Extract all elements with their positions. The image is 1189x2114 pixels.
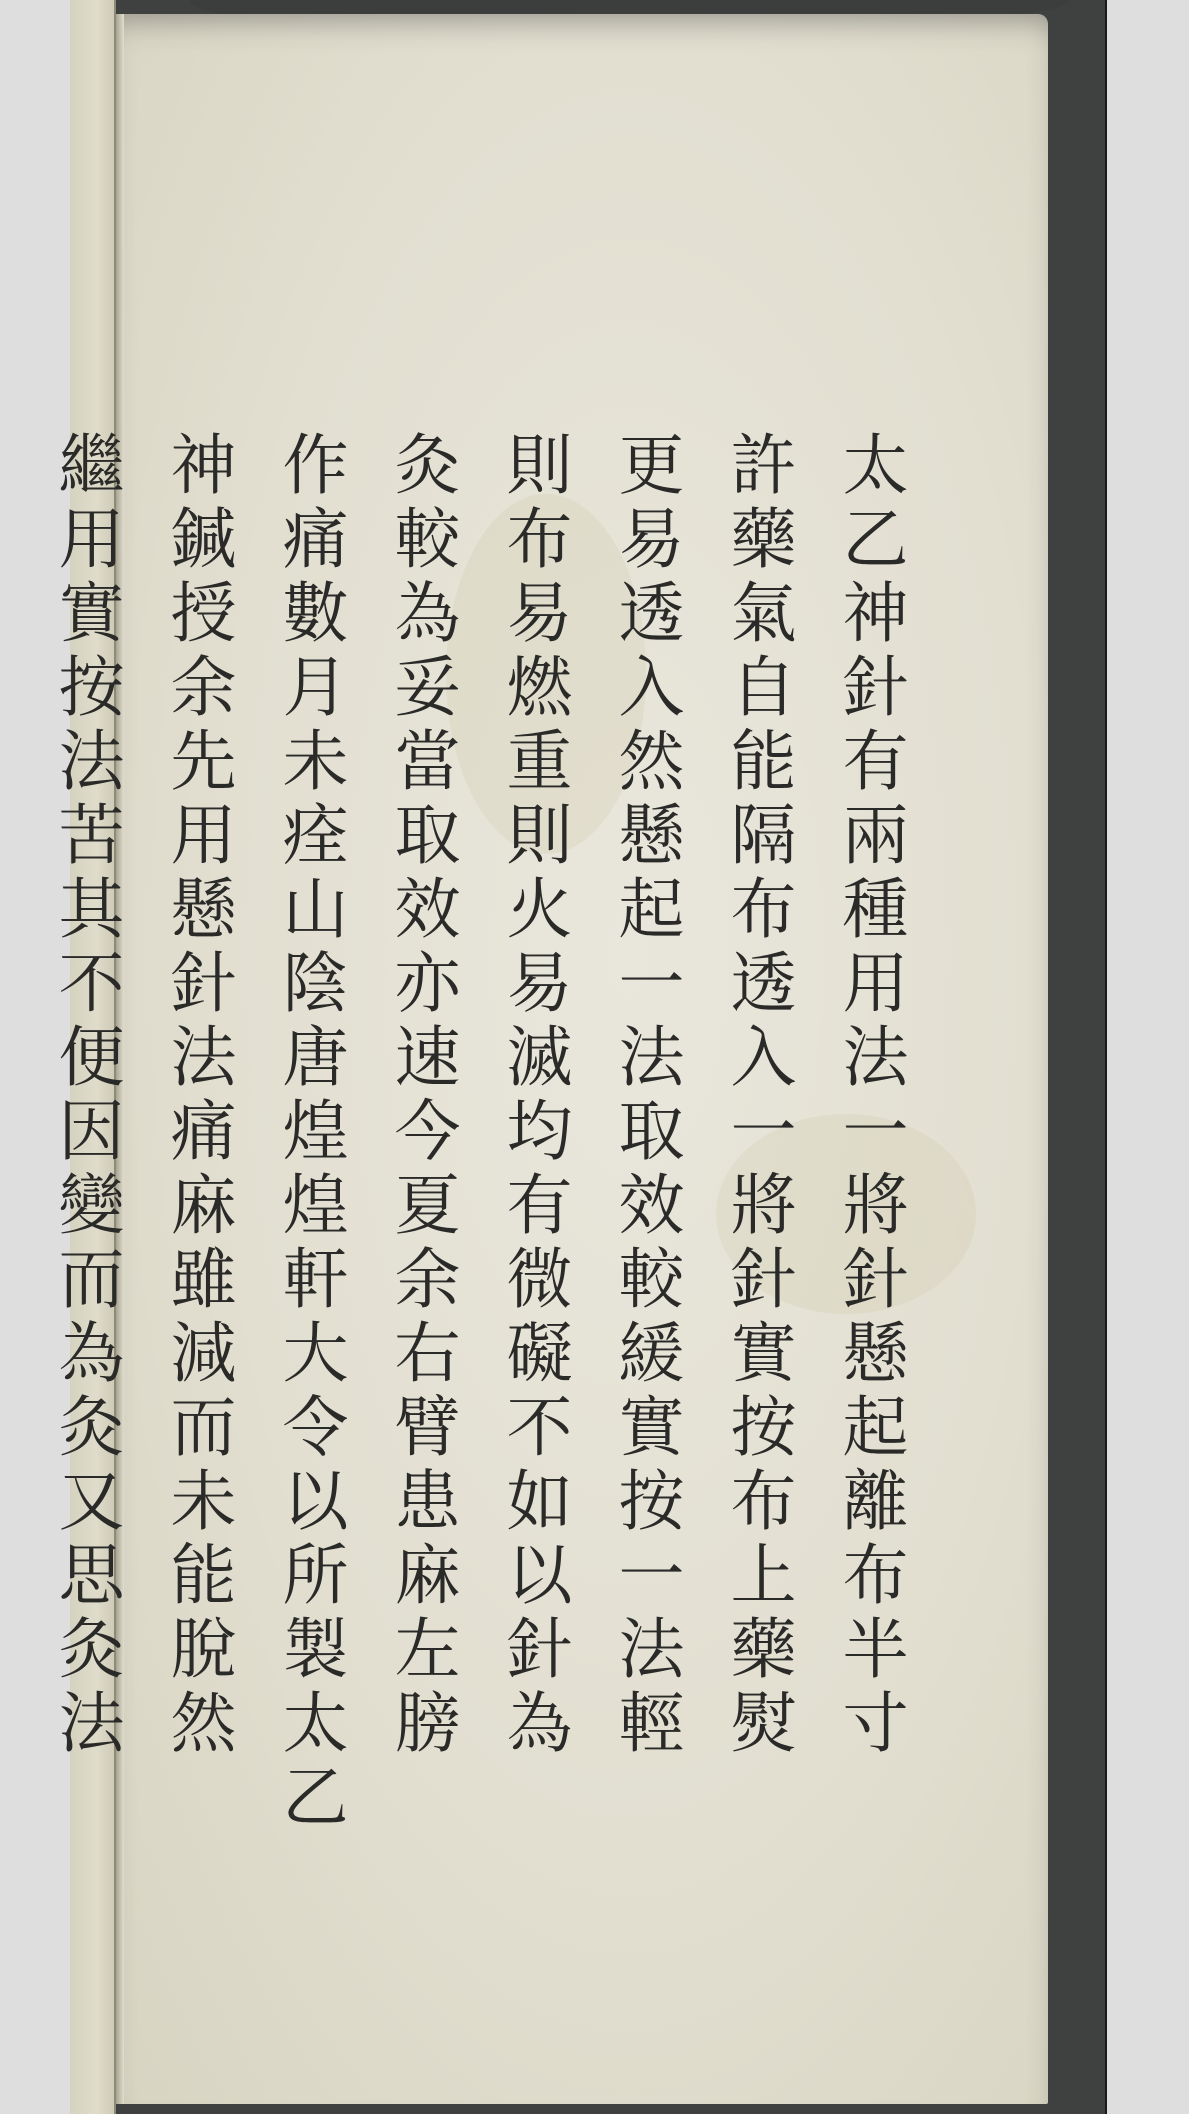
- text-column-5: 灸較為妥當取效亦速今夏余右臂患麻左膀: [365, 430, 477, 1930]
- viewer-background-right: [1105, 0, 1189, 2114]
- text-column-3: 更易透入然懸起一法取效較緩實按一法輕: [589, 430, 701, 1930]
- text-column-1: 太乙神針有兩種用法一將針懸起離布半寸: [813, 430, 925, 1930]
- text-column-2: 許藥氣自能隔布透入一將針實按布上藥熨: [701, 430, 813, 1930]
- text-column-6: 作痛數月未痊山陰唐煌煌軒大令以所製太乙: [253, 430, 365, 1930]
- manuscript-text: 太乙神針有兩種用法一將針懸起離布半寸 許藥氣自能隔布透入一將針實按布上藥熨 更易…: [29, 430, 925, 1930]
- scanned-page-image: 太乙神針有兩種用法一將針懸起離布半寸 許藥氣自能隔布透入一將針實按布上藥熨 更易…: [70, 0, 1105, 2114]
- text-column-4: 則布易燃重則火易滅均有微礙不如以針為: [477, 430, 589, 1930]
- text-column-7: 神鍼授余先用懸針法痛麻雖減而未能脫然: [141, 430, 253, 1930]
- text-column-8: 繼用實按法苦其不便因變而為灸又思灸法: [29, 430, 141, 1930]
